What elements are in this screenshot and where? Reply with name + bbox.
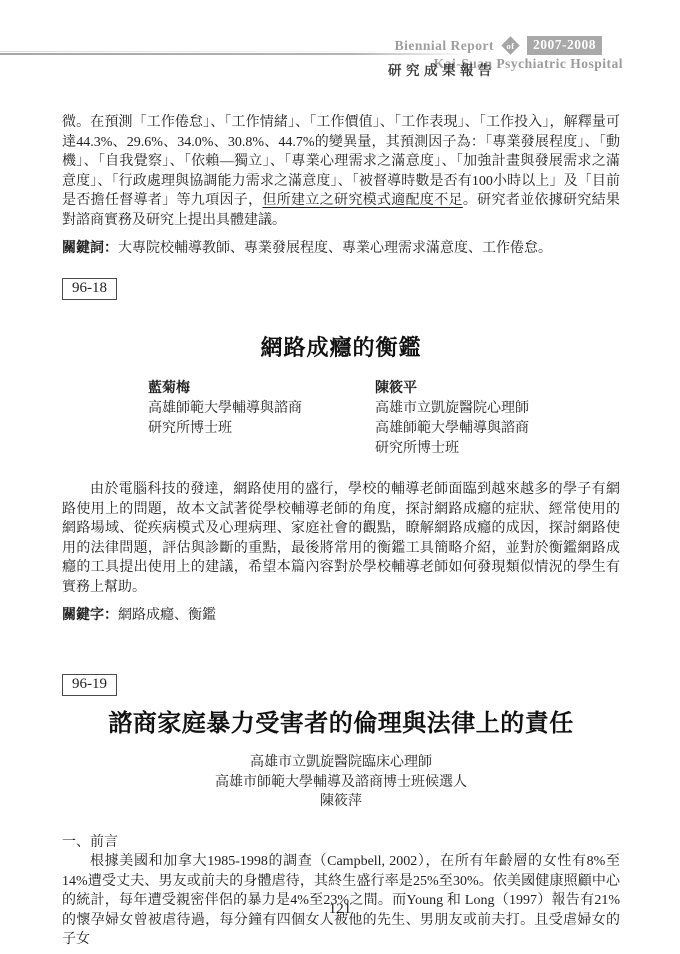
article-title-96-18: 網路成癮的衡鑑 xyxy=(62,331,620,362)
authors-block-96-18: 藍菊梅 高雄師範大學輔導與諮商 研究所博士班 陳筱平 高雄市立凱旋醫院心理師 高… xyxy=(148,379,620,459)
keywords-text: 網路成癮、衡鑑 xyxy=(118,608,216,623)
article-id-badge-96-18: 96-18 xyxy=(62,278,117,300)
author-column: 藍菊梅 高雄師範大學輔導與諮商 研究所博士班 xyxy=(148,379,375,459)
author-name: 陳筱平 xyxy=(375,379,529,399)
page-content: 微。在預測「工作倦怠」、「工作情緒」、「工作價值」、「工作表現」、「工作投入」，… xyxy=(0,0,680,950)
keywords-label: 關鍵詞： xyxy=(62,241,118,256)
report-page: Biennial Report of 2007-2008 Kai-Suan Ps… xyxy=(0,0,680,954)
author-column: 陳筱平 高雄市立凱旋醫院心理師 高雄師範大學輔導與諮商 研究所博士班 xyxy=(375,379,529,459)
keywords-label: 關鍵字： xyxy=(62,608,118,623)
author-name: 陳筱萍 xyxy=(62,792,620,812)
prev-article-keywords: 關鍵詞：大專院校輔導教師、專業發展程度、專業心理需求滿意度、工作倦怠。 xyxy=(62,239,620,258)
keywords-text: 大專院校輔導教師、專業發展程度、專業心理需求滿意度、工作倦怠。 xyxy=(118,241,552,256)
author-affiliation: 研究所博士班 xyxy=(375,439,529,459)
article-title-96-19: 諮商家庭暴力受害者的倫理與法律上的責任 xyxy=(62,703,620,738)
prev-article-paragraph: 微。在預測「工作倦怠」、「工作情緒」、「工作價值」、「工作表現」、「工作投入」，… xyxy=(62,113,620,230)
author-affiliation: 高雄市立凱旋醫院臨床心理師 xyxy=(62,753,620,773)
article-id-badge-96-19: 96-19 xyxy=(62,674,117,696)
underlined-text: 但所建立之研究模式適配度不足 xyxy=(262,193,462,208)
author-affiliation: 高雄市立凱旋醫院心理師 xyxy=(375,399,529,419)
page-number: 121 xyxy=(0,901,680,918)
author-affiliation: 高雄師範大學輔導與諮商 xyxy=(375,419,529,439)
keywords-96-18: 關鍵字：網路成癮、衡鑑 xyxy=(62,606,620,625)
abstract-96-18: 由於電腦科技的發達，網路使用的盛行，學校的輔導老師面臨到越來越多的學子有網路使用… xyxy=(62,480,620,597)
author-affiliation: 高雄師範大學輔導與諮商 xyxy=(148,399,375,419)
author-affiliation: 高雄市師範大學輔導及諮商博士班候選人 xyxy=(62,773,620,793)
authors-block-96-19: 高雄市立凱旋醫院臨床心理師 高雄市師範大學輔導及諮商博士班候選人 陳筱萍 xyxy=(62,753,620,812)
author-affiliation: 研究所博士班 xyxy=(148,419,375,439)
section-heading-intro: 一、前言 xyxy=(62,833,620,853)
author-name: 藍菊梅 xyxy=(148,379,375,399)
